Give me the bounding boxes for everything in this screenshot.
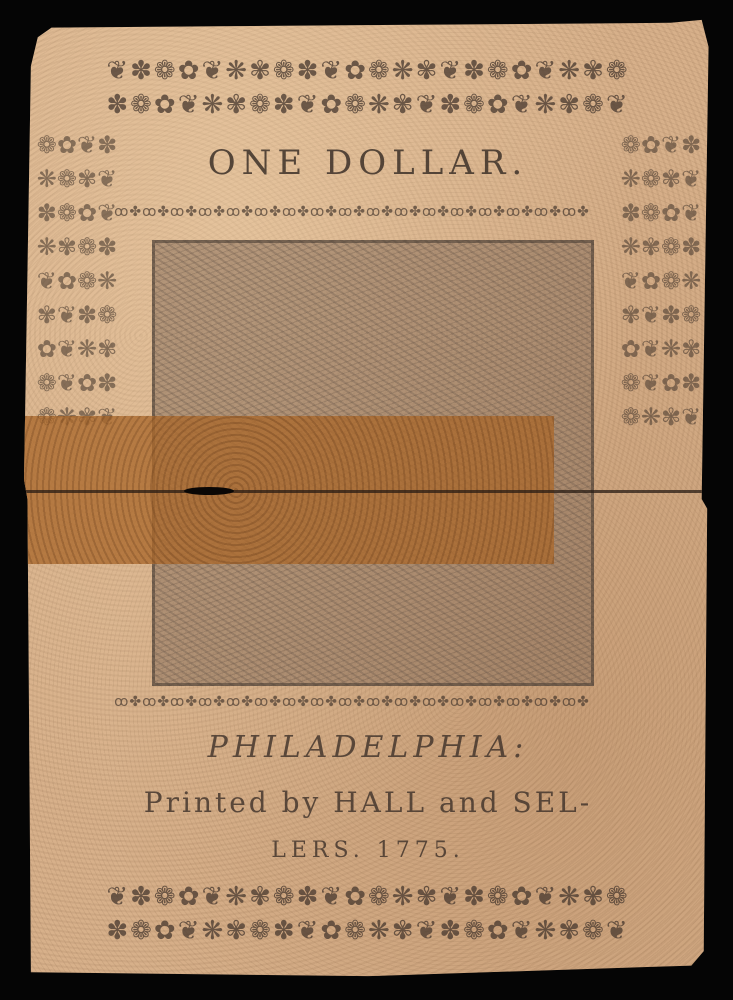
top-ornament-border: ❦✽❁✿❦❋✾❁✽❦✿❁❋✾❦✽❁✿❦❋✾❁ ✽❁✿❦❋✾❁✽❦✿❁❋✾❦✽❁✿… [32, 54, 704, 124]
lower-vine-border: ꝏ✤ꝏ✤ꝏ✤ꝏ✤ꝏ✤ꝏ✤ꝏ✤ꝏ✤ꝏ✤ꝏ✤ꝏ✤ꝏ✤ꝏ✤ꝏ✤ꝏ✤ꝏ✤ꝏ✤ [102, 694, 602, 710]
denomination-title: ONE DOLLAR. [24, 143, 712, 183]
currency-note: ❦✽❁✿❦❋✾❁✽❦✿❁❋✾❦✽❁✿❦❋✾❁ ✽❁✿❦❋✾❁✽❦✿❁❋✾❦✽❁✿… [24, 18, 712, 980]
upper-vine-border: ꝏ✤ꝏ✤ꝏ✤ꝏ✤ꝏ✤ꝏ✤ꝏ✤ꝏ✤ꝏ✤ꝏ✤ꝏ✤ꝏ✤ꝏ✤ꝏ✤ꝏ✤ꝏ✤ꝏ✤ [102, 204, 602, 220]
printer-year-line: LERS. 1775. [24, 838, 712, 863]
city-line: PHILADELPHIA: [24, 730, 712, 765]
ornament-row: ✽❁✿❦❋✾❁✽❦✿❁❋✾❦✽❁✿❦❋✾❁❦ [32, 914, 704, 948]
bottom-ornament-border: ❦✽❁✿❦❋✾❁✽❦✿❁❋✾❦✽❁✿❦❋✾❁ ✽❁✿❦❋✾❁✽❦✿❁❋✾❦✽❁✿… [32, 880, 704, 950]
right-ornament-border: ❁✿❦✽❋❁✾❦✽❁✿❦❋✾❁✽❦✿❁❋✾❦✽❁✿❦❋✾❁❦✿✽❁❋✾❦ [616, 128, 706, 878]
printer-line: Printed by HALL and SEL- [24, 786, 712, 819]
fold-crease [24, 490, 712, 493]
ornament-row: ❦✽❁✿❦❋✾❁✽❦✿❁❋✾❦✽❁✿❦❋✾❁ [32, 54, 704, 88]
ornament-row: ❦✽❁✿❦❋✾❁✽❦✿❁❋✾❦✽❁✿❦❋✾❁ [32, 880, 704, 914]
ornament-row: ✽❁✿❦❋✾❁✽❦✿❁❋✾❦✽❁✿❦❋✾❁❦ [32, 88, 704, 122]
tear-hole [184, 487, 234, 495]
